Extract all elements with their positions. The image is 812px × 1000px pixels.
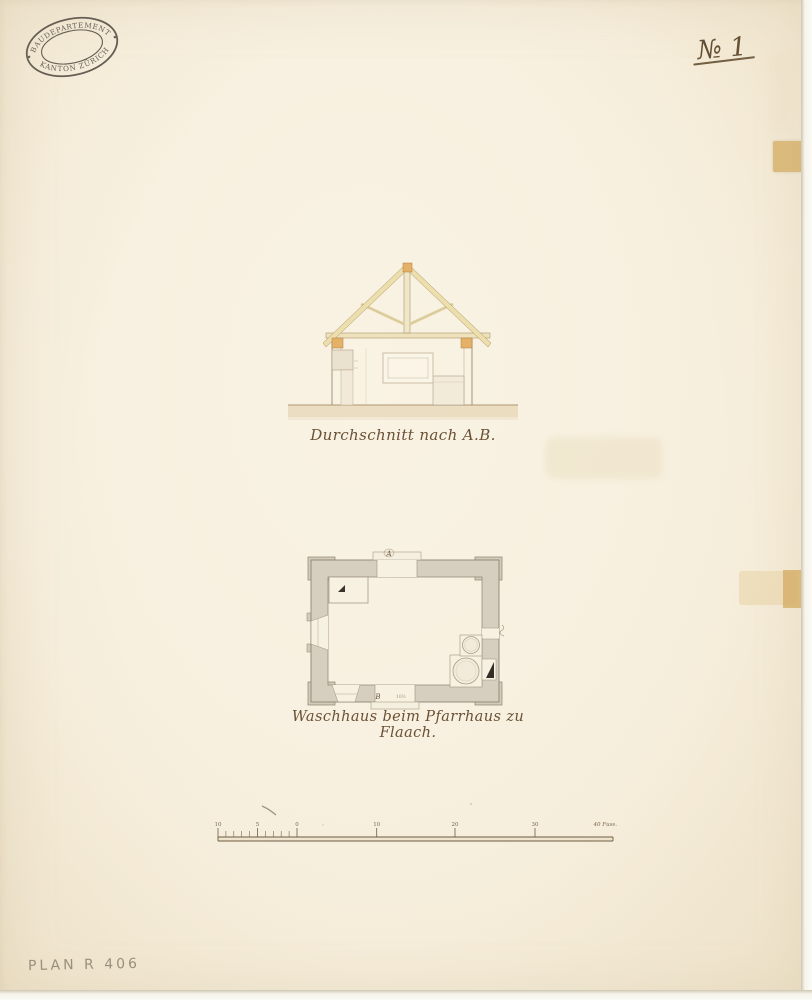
kettle-large [453, 658, 479, 684]
right-window [482, 628, 499, 639]
scanned-plan-sheet: BAUDEPARTEMENT KANTON ZÜRICH № 1 [0, 0, 812, 1000]
tape-mark [783, 570, 802, 608]
kettle-small [463, 637, 480, 654]
ground-wash [288, 405, 518, 417]
left-window [311, 615, 328, 650]
tick-label: 5 [256, 822, 260, 828]
tick-label: 10 [373, 822, 380, 828]
faint-speck [322, 824, 323, 825]
kettle-bench [433, 376, 464, 405]
paper-stain [768, 52, 796, 132]
tick-label: 30 [532, 822, 539, 828]
scale-bar-body [218, 837, 613, 841]
mark-a: A [385, 550, 391, 558]
archive-note: PLAN R 406 [28, 956, 140, 974]
wall-plate-right [461, 338, 472, 348]
faint-speck [470, 803, 472, 805]
tie-beam [326, 333, 490, 338]
plan-number: № 1 [689, 31, 755, 64]
dimension-note: 10½ [396, 694, 405, 699]
wash-kettles [450, 635, 482, 687]
scale-bar: 10 5 0 10 20 30 40 Fuss. [205, 798, 635, 853]
pencil-mark [262, 806, 276, 815]
baudepartement-stamp-icon: BAUDEPARTEMENT KANTON ZÜRICH [8, 0, 136, 100]
hearth [329, 577, 368, 603]
roof-truss [323, 263, 491, 348]
section-caption: Durchschnitt nach A.B. [288, 426, 518, 444]
tick-labels: 10 5 0 10 20 30 40 Fuss. [215, 822, 618, 828]
section-window [383, 353, 433, 383]
wall-plate-left [332, 338, 343, 348]
scale-unit-label: 40 Fuss. [593, 822, 618, 828]
wall-niche [482, 659, 496, 680]
tick-label: 20 [452, 822, 459, 828]
floor-plan-drawing: A B 10½ [305, 545, 515, 715]
plan-caption: Waschhaus beim Pfarrhaus zu Flaach. [288, 709, 528, 741]
tick-label: 0 [295, 822, 299, 828]
king-post [404, 270, 410, 333]
paper-stain [545, 437, 663, 479]
top-door [373, 552, 421, 577]
mark-b: B [374, 693, 380, 701]
margin-flourish [500, 625, 504, 636]
tick-label: 10 [215, 822, 222, 828]
paper-edge-right [801, 0, 812, 1000]
stamp-outer-ring [21, 9, 123, 84]
ridge-beam [403, 263, 412, 272]
section-drawing [288, 258, 518, 422]
ground-fade [288, 417, 518, 420]
paper-edge-bottom [0, 990, 812, 1000]
tape-mark [773, 141, 802, 172]
